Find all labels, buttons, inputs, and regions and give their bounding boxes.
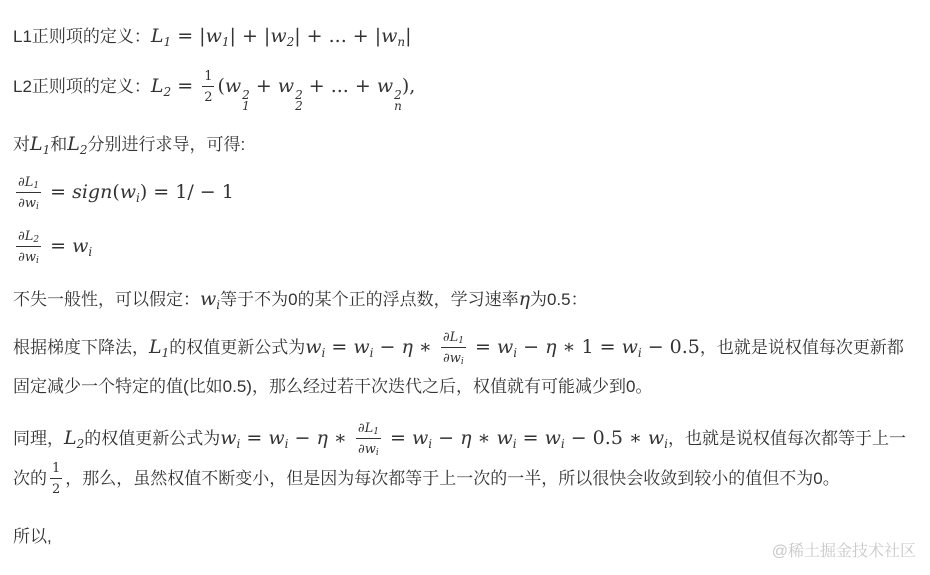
- math-subscript: i: [376, 448, 379, 458]
- line-l2-definition: L2正则项的定义：L2 = 12(w21 + w22 + ... + w2n),: [13, 68, 917, 111]
- math-subscript: 1: [373, 427, 379, 437]
- math-token: ∗: [328, 427, 353, 449]
- text-run: 和: [50, 135, 67, 154]
- math-token: ∗ 1 =: [556, 336, 621, 358]
- math-fraction: 12: [202, 66, 214, 106]
- math-token: 1: [52, 461, 60, 476]
- line-assumption: 不失一般性，可以假定：wi等于不为0的某个正的浮点数，学习速率η为0.5：: [13, 282, 917, 317]
- math-token: w: [545, 427, 561, 449]
- math-token: w: [622, 336, 638, 358]
- math-token: L: [151, 75, 164, 97]
- math-token: | + ... + |: [294, 25, 381, 47]
- math-supsub: 2n: [394, 89, 402, 111]
- formula-dl2-dwi: ∂L2∂wi = wi: [13, 226, 917, 268]
- math-fraction: ∂L1∂wi: [16, 172, 41, 212]
- math-token: w: [268, 427, 284, 449]
- math-token: w: [353, 336, 369, 358]
- math-token: 2: [204, 90, 212, 105]
- math-token: w: [496, 427, 512, 449]
- math-token: ∂L: [18, 229, 33, 244]
- text-run: 根据梯度下降法，: [13, 338, 149, 357]
- math-token: η: [316, 427, 327, 449]
- math-subscript: n: [397, 35, 405, 49]
- math-subscript: i: [88, 245, 92, 259]
- math-token: |: [405, 25, 411, 47]
- math-token: w: [305, 336, 321, 358]
- math-fraction: ∂L1∂wi: [441, 327, 466, 367]
- watermark: @稀土掘金技术社区: [772, 538, 916, 561]
- math-token: η: [460, 427, 471, 449]
- math-token: −: [517, 336, 545, 358]
- math-token: L: [64, 427, 77, 449]
- math-token: L: [149, 336, 162, 358]
- line-derivative-intro: 对L1和L2分别进行求导，可得:: [13, 127, 917, 162]
- paragraph-l1-update: 根据梯度下降法，L1的权值更新公式为wi = wi − η ∗ ∂L1∂wi =…: [13, 329, 917, 404]
- math-fraction: ∂L1∂wi: [356, 418, 381, 458]
- math-token: η: [519, 288, 530, 310]
- math-token: (: [217, 75, 224, 97]
- math-token: ∂L: [443, 330, 458, 345]
- math-token: ) = 1/ − 1: [140, 181, 234, 203]
- math-token: ),: [402, 75, 415, 97]
- text-run: 为0.5：: [530, 290, 588, 309]
- math-token: L: [30, 133, 43, 155]
- math-token: ∗: [471, 427, 496, 449]
- math-token: w: [270, 25, 286, 47]
- math-token: η: [401, 336, 412, 358]
- text-run: L2正则项的定义：: [13, 77, 151, 96]
- paragraph-l2-update: 同理，L2的权值更新公式为wi = wi − η ∗ ∂L1∂wi = wi −…: [13, 420, 917, 500]
- line-l1-definition: L1正则项的定义：L1 = |w1| + |w2| + ... + |wn|: [13, 19, 917, 54]
- math-token: w: [206, 25, 222, 47]
- math-token: =: [171, 75, 199, 97]
- math-token: =: [325, 336, 353, 358]
- text-run: 的权值更新公式为: [84, 429, 220, 448]
- math-token: w: [381, 25, 397, 47]
- math-token: sign: [72, 181, 112, 203]
- math-token: ∂w: [18, 250, 36, 265]
- text-run: 等于不为0的某个正的浮点数，学习速率: [220, 290, 518, 309]
- math-subscript: 1: [33, 181, 39, 191]
- math-token: L: [67, 133, 80, 155]
- text-run: 所以,: [13, 527, 52, 546]
- math-token: w: [220, 427, 236, 449]
- math-token: =: [240, 427, 268, 449]
- math-token: ∂L: [358, 421, 373, 436]
- math-subscript: i: [36, 202, 39, 212]
- math-token: =: [44, 235, 72, 257]
- math-subscript: 1: [458, 336, 464, 346]
- math-token: 2: [52, 482, 60, 497]
- math-token: −: [432, 427, 460, 449]
- math-token: w: [72, 235, 88, 257]
- math-token: +: [250, 75, 278, 97]
- math-supsub: 22: [295, 89, 303, 111]
- math-token: =: [44, 181, 72, 203]
- math-token: ∂w: [358, 442, 376, 457]
- math-token: L: [151, 25, 164, 47]
- math-subscript: 2: [33, 235, 39, 245]
- math-fraction: 12: [50, 458, 62, 498]
- math-token: ∂w: [443, 351, 461, 366]
- math-token: ∂L: [18, 175, 33, 190]
- math-token: =: [384, 427, 412, 449]
- math-token: =: [517, 427, 545, 449]
- math-token: w: [648, 427, 664, 449]
- math-token: w: [200, 288, 216, 310]
- math-token: | + |: [230, 25, 271, 47]
- math-token: (: [112, 181, 119, 203]
- math-token: −: [373, 336, 401, 358]
- text-run: 分别进行求导，可得:: [88, 135, 246, 154]
- math-token: 1: [204, 69, 212, 84]
- math-subscript: 2: [80, 143, 88, 157]
- math-token: =: [469, 336, 497, 358]
- formula-dl1-dwi: ∂L1∂wi = sign(wi) = 1/ − 1: [13, 172, 917, 214]
- math-fraction: ∂L2∂wi: [16, 226, 41, 266]
- math-token: w: [120, 181, 136, 203]
- math-subscript: i: [461, 357, 464, 367]
- text-run: 对: [13, 135, 30, 154]
- math-token: ∗: [413, 336, 438, 358]
- math-token: w: [412, 427, 428, 449]
- text-run: 的权值更新公式为: [169, 338, 305, 357]
- math-token: η: [545, 336, 556, 358]
- article-body: L1正则项的定义：L1 = |w1| + |w2| + ... + |wn| L…: [0, 0, 930, 554]
- text-run: L1正则项的定义：: [13, 27, 151, 46]
- math-token: = |: [171, 25, 205, 47]
- text-run: 同理，: [13, 429, 64, 448]
- math-token: ∂w: [18, 196, 36, 211]
- math-token: − 0.5: [642, 336, 700, 358]
- math-subscript: 1: [222, 35, 230, 49]
- math-token: w: [278, 75, 294, 97]
- math-subscript: i: [36, 256, 39, 266]
- math-supsub: 21: [242, 89, 250, 111]
- math-token: − 0.5 ∗: [565, 427, 648, 449]
- math-token: −: [288, 427, 316, 449]
- text-run: 不失一般性，可以假定：: [13, 290, 200, 309]
- math-token: w: [497, 336, 513, 358]
- math-token: w: [225, 75, 241, 97]
- math-token: w: [377, 75, 393, 97]
- text-run: ，那么，虽然权值不断变小，但是因为每次都等于上一次的一半，所以很快会收敛到较小的…: [65, 469, 839, 488]
- math-token: + ... +: [303, 75, 377, 97]
